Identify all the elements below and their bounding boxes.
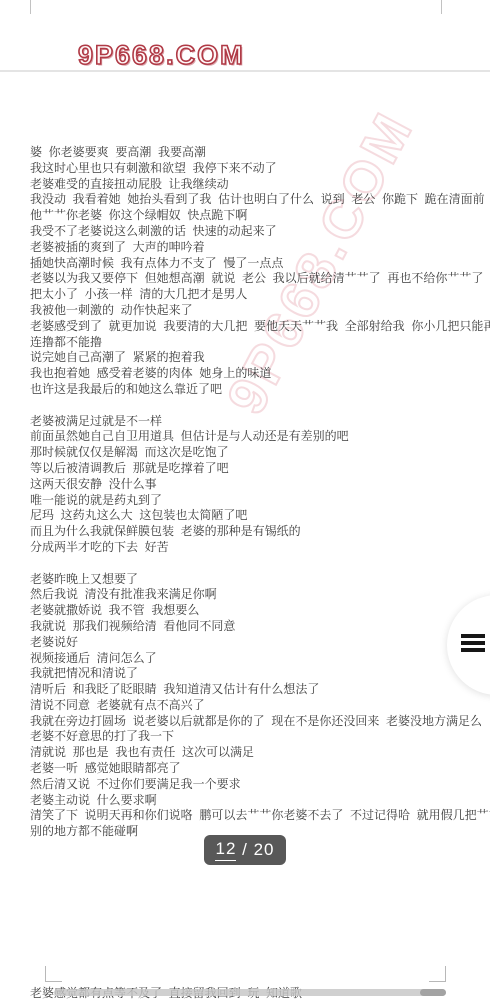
text-line	[30, 556, 460, 572]
text-line: 我就把情况和清说了	[30, 666, 460, 682]
page-edge-right	[441, 0, 442, 14]
text-line: 视频接通后 清问怎么了	[30, 651, 460, 667]
page-separator: /	[236, 840, 253, 860]
text-line: 清笑了下 说明天再和你们说咯 鹏可以去艹艹你老婆不去了 不过记得哈 就用假几把艹…	[30, 808, 460, 824]
text-line: 然后清又说 不过你们要满足我一个要求	[30, 777, 460, 793]
text-line: 老婆昨晚上又想要了	[30, 572, 460, 588]
text-line: 清说不同意 老婆就有点不高兴了	[30, 698, 460, 714]
page-corner-left	[45, 966, 62, 982]
text-line: 等以后被清调教后 那就是吃撑着了吧	[30, 461, 460, 477]
text-line: 老婆不好意思的打了我一下	[30, 729, 460, 745]
text-line: 老婆被插的爽到了 大声的呻吟着	[30, 240, 460, 256]
header-divider	[0, 70, 490, 72]
text-line: 那时候就仅仅是解渴 而这次是吃饱了	[30, 445, 460, 461]
text-line: 老婆主动说 什么要求啊	[30, 793, 460, 809]
text-line: 说完她自己高潮了 紧紧的抱着我	[30, 350, 460, 366]
text-line: 分成两半才吃的下去 好苦	[30, 540, 460, 556]
novel-text: 婆 你老婆要爽 要高潮 我要高潮我这时心里也只有刺激和欲望 我停下来不动了老婆难…	[30, 145, 460, 840]
text-line: 唯一能说的就是药丸到了	[30, 493, 460, 509]
text-line: 我就在旁边打圆场 说老婆以后就都是你的了 现在不是你还没回来 老婆没地方满足么	[30, 714, 460, 730]
text-line: 老婆感受到了 就更加说 我要清的大几把 要他天天艹艹我 全部射给我 你小几把只能…	[30, 319, 460, 335]
text-line: 老婆被满足过就是不一样	[30, 414, 460, 430]
text-line: 尼玛 这药丸这么大 这包装也太简陋了吧	[30, 508, 460, 524]
text-line: 也许这是我最后的和她这么靠近了吧	[30, 382, 460, 398]
text-line: 我也抱着她 感受着老婆的肉体 她身上的味道	[30, 366, 460, 382]
scrollbar-thumb[interactable]	[420, 989, 446, 996]
text-line: 老婆说好	[30, 635, 460, 651]
text-line: 我被他一刺激的 动作快起来了	[30, 303, 460, 319]
horizontal-scrollbar[interactable]	[54, 989, 446, 996]
current-page: 12	[215, 839, 236, 861]
site-logo[interactable]: 9P668.COM	[78, 40, 245, 71]
text-line: 老婆难受的直接扭动屁股 让我继续动	[30, 177, 460, 193]
text-line: 我这时心里也只有刺激和欲望 我停下来不动了	[30, 161, 460, 177]
text-line: 老婆一听 感觉她眼睛都亮了	[30, 761, 460, 777]
text-line: 而且为什么我就保鲜膜包装 老婆的那种是有锡纸的	[30, 524, 460, 540]
text-line: 这两天很安静 没什么事	[30, 477, 460, 493]
text-line: 老婆以为我又要停下 但她想高潮 就说 老公 我以后就给清艹艹了 再也不给你艹艹了…	[30, 271, 460, 287]
text-line: 他艹艹你老婆 你这个绿帽奴 快点跪下啊	[30, 208, 460, 224]
text-line: 我受不了老婆说这么刺激的话 快速的动起来了	[30, 224, 460, 240]
total-pages: 20	[254, 840, 275, 860]
page-indicator[interactable]: 12 / 20	[204, 835, 286, 865]
text-line: 婆 你老婆要爽 要高潮 我要高潮	[30, 145, 460, 161]
text-line: 老婆就撒娇说 我不管 我想要么	[30, 603, 460, 619]
text-line: 清就说 那也是 我也有责任 这次可以满足	[30, 745, 460, 761]
text-line: 插她快高潮时候 我有点体力不支了 慢了一点点	[30, 256, 460, 272]
text-line: 我没动 我看着她 她抬头看到了我 估计也明白了什么 说到 老公 你跪下 跪在清面…	[30, 192, 460, 208]
text-line: 我就说 那我们视频给清 看他同不同意	[30, 619, 460, 635]
page-corner-right	[429, 966, 446, 982]
page-edge-left	[30, 0, 31, 14]
text-line: 把太小了 小孩一样 清的大几把才是男人	[30, 287, 460, 303]
text-line: 连撸都不能撸	[30, 335, 460, 351]
text-line: 然后我说 清没有批准我来满足你啊	[30, 587, 460, 603]
hamburger-icon	[461, 634, 485, 652]
text-line	[30, 398, 460, 414]
text-line: 清听后 和我眨了眨眼睛 我知道清又估计有什么想法了	[30, 682, 460, 698]
text-line: 前面虽然她自己自卫用道具 但估计是与人动还是有差别的吧	[30, 429, 460, 445]
